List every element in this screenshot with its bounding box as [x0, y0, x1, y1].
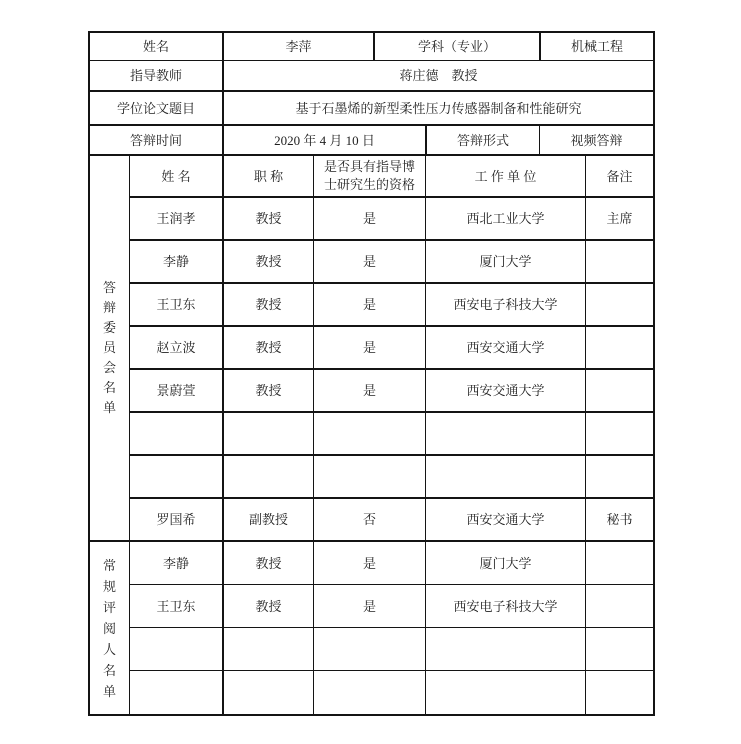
reviewer-cell-unit — [426, 671, 586, 714]
row-defense-time: 答辩时间 2020 年 4 月 10 日 答辩形式 视频答辩 — [90, 126, 653, 156]
document-page: 姓名 李萍 学科（专业） 机械工程 指导教师 蒋庄德 教授 学位论文题目 基于石… — [0, 0, 741, 744]
major-label: 学科（专业） — [375, 33, 541, 61]
defense-form-table: 姓名 李萍 学科（专业） 机械工程 指导教师 蒋庄德 教授 学位论文题目 基于石… — [88, 31, 655, 716]
reviewer-cell-unit: 厦门大学 — [426, 542, 586, 585]
reviewer-cell-remark — [586, 585, 653, 628]
defense-time-label: 答辩时间 — [90, 126, 224, 156]
committee-header-title: 职 称 — [224, 156, 314, 198]
committee-cell-qualified: 否 — [314, 499, 426, 542]
committee-cell-name: 罗国希 — [130, 499, 224, 542]
reviewer-cell-qualified: 是 — [314, 542, 426, 585]
committee-cell-title: 教授 — [224, 284, 314, 327]
committee-section-label: 答辩委员会名单 — [90, 156, 130, 542]
row-thesis-title: 学位论文题目 基于石墨烯的新型柔性压力传感器制备和性能研究 — [90, 92, 653, 126]
major-value: 机械工程 — [541, 33, 653, 61]
committee-cell-unit: 厦门大学 — [426, 241, 586, 284]
committee-cell-qualified — [314, 413, 426, 456]
reviewers-section: 常规评阅人名单 李静 教授 是 厦门大学 王卫东 教授 是 西安电子科技大学 — [90, 542, 653, 714]
committee-cell-qualified: 是 — [314, 241, 426, 284]
reviewer-cell-title: 教授 — [224, 585, 314, 628]
committee-cell-remark: 秘书 — [586, 499, 653, 542]
committee-cell-unit: 西安交通大学 — [426, 327, 586, 370]
reviewers-section-label: 常规评阅人名单 — [90, 542, 130, 714]
committee-cell-name: 王润孝 — [130, 198, 224, 241]
committee-cell-qualified: 是 — [314, 284, 426, 327]
committee-cell-name — [130, 456, 224, 499]
reviewer-cell-remark — [586, 628, 653, 671]
reviewer-cell-name: 李静 — [130, 542, 224, 585]
row-advisor: 指导教师 蒋庄德 教授 — [90, 61, 653, 92]
committee-cell-title: 教授 — [224, 370, 314, 413]
committee-cell-remark — [586, 413, 653, 456]
committee-cell-name: 王卫东 — [130, 284, 224, 327]
reviewer-cell-unit: 西安电子科技大学 — [426, 585, 586, 628]
committee-cell-title: 教授 — [224, 241, 314, 284]
committee-cell-title — [224, 413, 314, 456]
defense-time-value: 2020 年 4 月 10 日 — [224, 126, 427, 156]
reviewer-cell-name: 王卫东 — [130, 585, 224, 628]
committee-header-remark: 备注 — [586, 156, 653, 198]
advisor-value: 蒋庄德 教授 — [224, 61, 653, 92]
committee-cell-remark — [586, 327, 653, 370]
committee-cell-unit: 西安电子科技大学 — [426, 284, 586, 327]
committee-cell-remark — [586, 370, 653, 413]
thesis-title-value: 基于石墨烯的新型柔性压力传感器制备和性能研究 — [224, 92, 653, 126]
reviewer-cell-remark — [586, 542, 653, 585]
committee-header-name: 姓 名 — [130, 156, 224, 198]
committee-cell-name — [130, 413, 224, 456]
committee-cell-name: 李静 — [130, 241, 224, 284]
committee-cell-name: 赵立波 — [130, 327, 224, 370]
advisor-label: 指导教师 — [90, 61, 224, 92]
committee-header-work-unit: 工 作 单 位 — [426, 156, 586, 198]
committee-cell-remark — [586, 284, 653, 327]
committee-cell-qualified — [314, 456, 426, 499]
reviewer-cell-title: 教授 — [224, 542, 314, 585]
name-value: 李萍 — [224, 33, 375, 61]
row-name-major: 姓名 李萍 学科（专业） 机械工程 — [90, 33, 653, 61]
reviewer-cell-qualified: 是 — [314, 585, 426, 628]
defense-form-label: 答辩形式 — [427, 126, 540, 156]
committee-cell-qualified: 是 — [314, 370, 426, 413]
committee-cell-remark — [586, 241, 653, 284]
committee-section-label-text: 答辩委员会名单 — [102, 278, 117, 418]
committee-cell-name: 景蔚萱 — [130, 370, 224, 413]
reviewer-cell-name — [130, 628, 224, 671]
committee-cell-unit: 西北工业大学 — [426, 198, 586, 241]
committee-cell-unit — [426, 456, 586, 499]
name-label: 姓名 — [90, 33, 224, 61]
committee-cell-unit — [426, 413, 586, 456]
reviewer-cell-qualified — [314, 671, 426, 714]
committee-cell-title: 教授 — [224, 327, 314, 370]
committee-cell-title — [224, 456, 314, 499]
committee-cell-unit: 西安交通大学 — [426, 370, 586, 413]
committee-cell-title: 教授 — [224, 198, 314, 241]
reviewer-cell-qualified — [314, 628, 426, 671]
defense-form-value: 视频答辩 — [540, 126, 653, 156]
reviewer-cell-title — [224, 628, 314, 671]
committee-cell-remark: 主席 — [586, 198, 653, 241]
committee-header-qualification: 是否具有指导博士研究生的资格 — [314, 156, 426, 198]
committee-cell-qualified: 是 — [314, 327, 426, 370]
committee-cell-remark — [586, 456, 653, 499]
reviewer-cell-name — [130, 671, 224, 714]
committee-cell-unit: 西安交通大学 — [426, 499, 586, 542]
reviewers-section-label-text: 常规评阅人名单 — [102, 555, 117, 702]
reviewer-cell-unit — [426, 628, 586, 671]
committee-cell-qualified: 是 — [314, 198, 426, 241]
committee-cell-title: 副教授 — [224, 499, 314, 542]
thesis-title-label: 学位论文题目 — [90, 92, 224, 126]
committee-section: 答辩委员会名单 姓 名 职 称 是否具有指导博士研究生的资格 工 作 单 位 备… — [90, 156, 653, 542]
reviewer-cell-remark — [586, 671, 653, 714]
reviewer-cell-title — [224, 671, 314, 714]
